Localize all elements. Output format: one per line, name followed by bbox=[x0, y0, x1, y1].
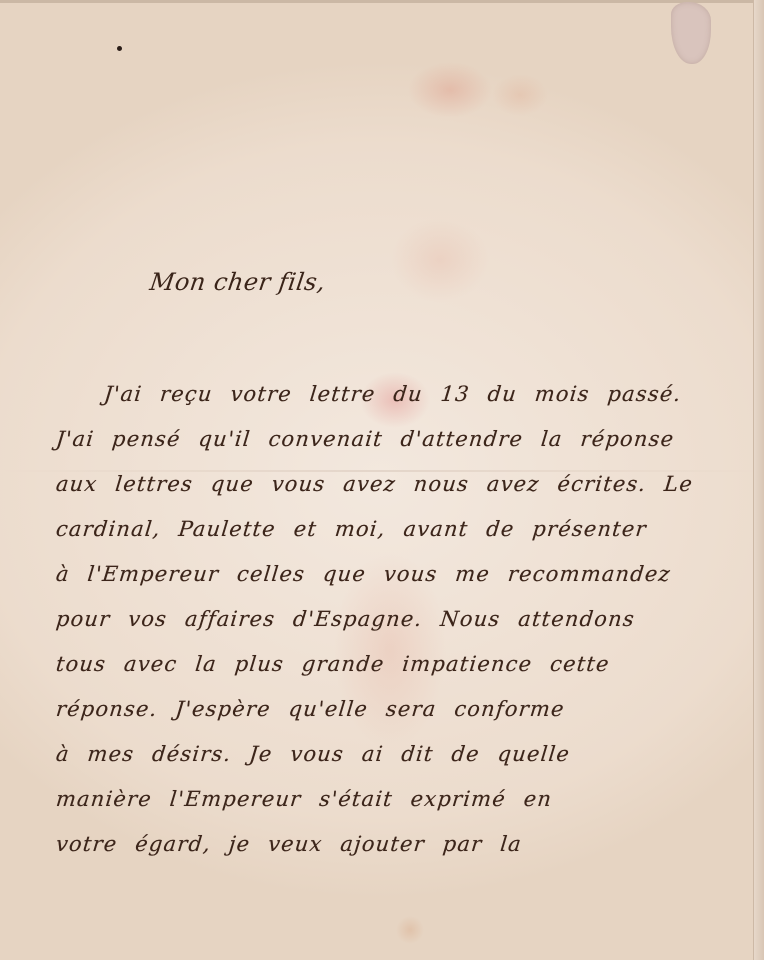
letter-line: J'ai reçu votre lettre du 13 du mois pas… bbox=[54, 372, 719, 417]
letter-page: Mon cher fils, J'ai reçu votre lettre du… bbox=[0, 0, 764, 960]
letter-line: votre égard, je veux ajouter par la bbox=[54, 822, 719, 867]
page-top-edge bbox=[0, 0, 764, 3]
letter-line: réponse. J'espère qu'elle sera conforme bbox=[54, 687, 719, 732]
letter-line: J'ai pensé qu'il convenait d'attendre la… bbox=[54, 417, 719, 462]
letter-line: manière l'Empereur s'était exprimé en bbox=[54, 777, 719, 822]
letter-line: cardinal, Paulette et moi, avant de prés… bbox=[54, 507, 719, 552]
letter-salutation: Mon cher fils, bbox=[148, 268, 327, 296]
letter-line: tous avec la plus grande impatience cett… bbox=[54, 642, 719, 687]
letter-line: à l'Empereur celles que vous me recomman… bbox=[54, 552, 719, 597]
page-right-edge bbox=[753, 0, 764, 960]
letter-line: à mes désirs. Je vous ai dit de quelle bbox=[54, 732, 719, 777]
ink-speck bbox=[117, 46, 122, 51]
letter-body: J'ai reçu votre lettre du 13 du mois pas… bbox=[56, 372, 716, 867]
paper-tear-mark bbox=[671, 2, 711, 64]
letter-line: aux lettres que vous avez nous avez écri… bbox=[54, 462, 719, 507]
letter-line: pour vos affaires d'Espagne. Nous attend… bbox=[54, 597, 719, 642]
